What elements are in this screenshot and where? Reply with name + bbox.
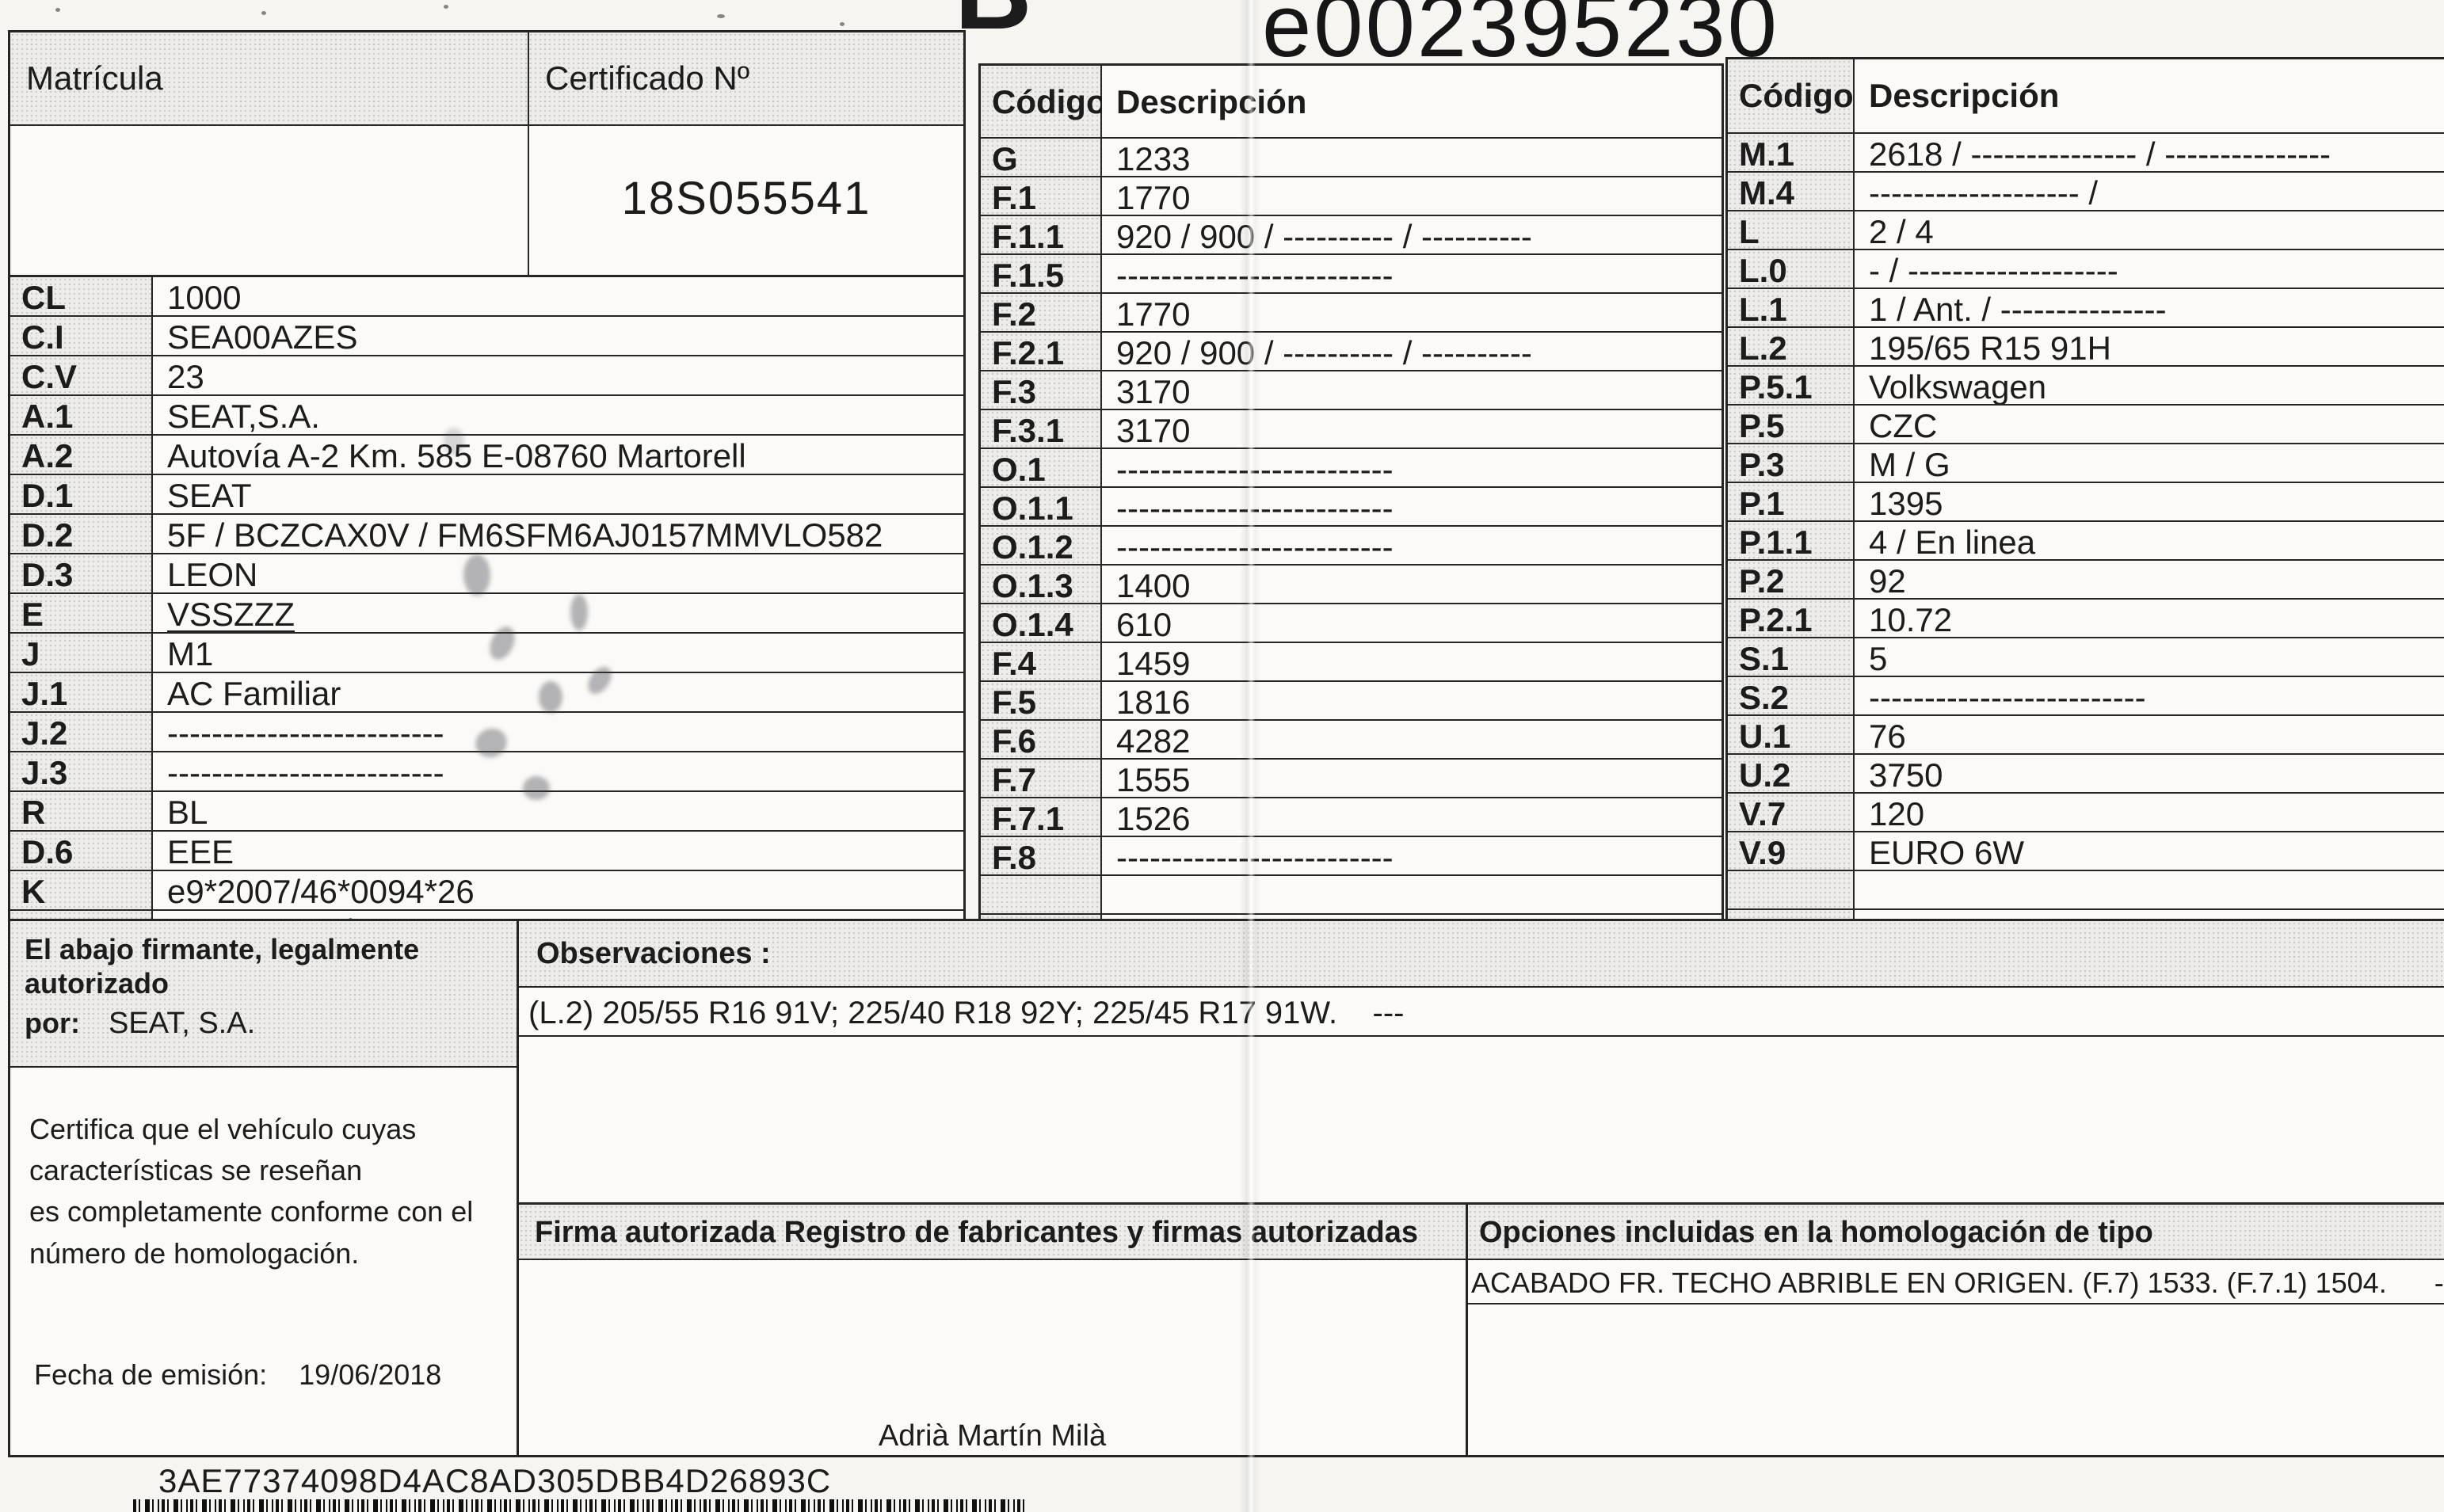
row-value: - / ------------------- bbox=[1855, 250, 2444, 288]
row-value: Autovía A-2 Km. 585 E-08760 Martorell bbox=[153, 436, 963, 474]
table-row: F.4 1459 bbox=[981, 643, 1721, 682]
row-code: A.2 bbox=[10, 436, 153, 474]
row-code: O.1.1 bbox=[981, 488, 1102, 525]
row-code: D.1 bbox=[10, 475, 153, 513]
row-value: 3170 bbox=[1102, 410, 1721, 448]
row-code: F.1 bbox=[981, 177, 1102, 215]
row-code: P.3 bbox=[1728, 444, 1855, 482]
row-value: ------------------------- bbox=[1102, 527, 1721, 564]
row-code: J bbox=[10, 634, 153, 672]
row-code: F.7 bbox=[981, 760, 1102, 797]
signature-header: Firma autorizada Registro de fabricantes… bbox=[519, 1205, 1466, 1260]
table-row: F.1.5 ------------------------- bbox=[981, 255, 1721, 294]
table-row: L.1 1 / Ant. / --------------- bbox=[1728, 289, 2444, 328]
certificado-label: Certificado Nº bbox=[529, 32, 963, 124]
row-value bbox=[1102, 876, 1721, 913]
matricula-value-empty bbox=[10, 126, 529, 275]
row-value: M1 bbox=[153, 634, 963, 672]
table-row: U.2 3750 bbox=[1728, 755, 2444, 794]
row-code: U.1 bbox=[1728, 716, 1855, 753]
table-row: M.1 2618 / --------------- / -----------… bbox=[1728, 134, 2444, 173]
row-code bbox=[981, 876, 1102, 913]
table-row: M.4 ------------------- / bbox=[1728, 173, 2444, 211]
row-value: LEON bbox=[153, 554, 963, 592]
row-value: 920 / 900 / ---------- / ---------- bbox=[1102, 333, 1721, 370]
table-row bbox=[981, 876, 1721, 915]
observations-value: (L.2) 205/55 R16 91V; 225/40 R18 92Y; 22… bbox=[519, 988, 2444, 1037]
row-value: 610 bbox=[1102, 604, 1721, 642]
row-code: J.1 bbox=[10, 673, 153, 711]
declaration-header: El abajo firmante, legalmente autorizado… bbox=[10, 921, 517, 1068]
por-label: por: bbox=[25, 1007, 80, 1039]
table-row: D.6 EEE bbox=[10, 832, 963, 871]
row-code: F.1.5 bbox=[981, 255, 1102, 292]
row-code: E bbox=[10, 594, 153, 632]
table-row: F.1 1770 bbox=[981, 177, 1721, 216]
certificado-number-row: 18S055541 bbox=[10, 126, 963, 277]
table-row: L.0 - / ------------------- bbox=[1728, 250, 2444, 289]
row-code: F.5 bbox=[981, 682, 1102, 719]
row-code: S.2 bbox=[1728, 677, 1855, 714]
right-table-body: M.1 2618 / --------------- / -----------… bbox=[1728, 134, 2444, 947]
table-row: O.1.1 ------------------------- bbox=[981, 488, 1721, 527]
row-code: O.1.4 bbox=[981, 604, 1102, 642]
issue-date-label: Fecha de emisión: bbox=[34, 1358, 267, 1391]
row-value: 195/65 R15 91H bbox=[1855, 328, 2444, 365]
row-code: D.2 bbox=[10, 515, 153, 553]
table-row: F.7 1555 bbox=[981, 760, 1721, 798]
table-row: J M1 bbox=[10, 634, 963, 673]
table-row: F.6 4282 bbox=[981, 721, 1721, 760]
middle-table-header: Código Descripción bbox=[981, 66, 1721, 139]
ink-smudge bbox=[463, 554, 490, 596]
row-code: V.7 bbox=[1728, 794, 1855, 831]
table-row: P.2.1 10.72 bbox=[1728, 600, 2444, 638]
ink-smudge bbox=[539, 681, 562, 713]
row-value: ------------------------- bbox=[1102, 449, 1721, 486]
issue-date-value: 19/06/2018 bbox=[299, 1358, 441, 1391]
table-row: D.2 5F / BCZCAX0V / FM6SFM6AJ0157MMVLO58… bbox=[10, 515, 963, 554]
issue-date-line: Fecha de emisión:19/06/2018 bbox=[34, 1358, 441, 1392]
table-row: S.2 ------------------------- bbox=[1728, 677, 2444, 716]
row-code: L.2 bbox=[1728, 328, 1855, 365]
row-code: R bbox=[10, 792, 153, 830]
options-header: Opciones incluidas en la homologación de… bbox=[1468, 1205, 2444, 1260]
table-row: F.5 1816 bbox=[981, 682, 1721, 721]
row-code: P.5 bbox=[1728, 406, 1855, 443]
row-value: 2 / 4 bbox=[1855, 211, 2444, 249]
barcode-text: 3AE77374098D4AC8AD305DBB4D26893C bbox=[158, 1462, 831, 1500]
row-value: 120 bbox=[1855, 794, 2444, 831]
certifies-paragraph: Certifica que el vehículo cuyas caracter… bbox=[10, 1109, 517, 1274]
certificado-number: 18S055541 bbox=[529, 126, 963, 275]
row-value: 1400 bbox=[1102, 566, 1721, 603]
table-row: V.7 120 bbox=[1728, 794, 2444, 832]
row-value: 23 bbox=[153, 356, 963, 394]
barcode bbox=[133, 1499, 1024, 1512]
row-value: 1816 bbox=[1102, 682, 1721, 719]
row-value: 1770 bbox=[1102, 177, 1721, 215]
row-code: O.1 bbox=[981, 449, 1102, 486]
row-value: BL bbox=[153, 792, 963, 830]
row-code: F.1.1 bbox=[981, 216, 1102, 253]
table-row: U.1 76 bbox=[1728, 716, 2444, 755]
descripcion-header: Descripción bbox=[1102, 66, 1721, 137]
table-row: J.3 ------------------------- bbox=[10, 752, 963, 792]
table-row: G 1233 bbox=[981, 139, 1721, 177]
ink-smudge bbox=[570, 594, 588, 630]
row-code: F.2.1 bbox=[981, 333, 1102, 370]
table-row: L.2 195/65 R15 91H bbox=[1728, 328, 2444, 367]
table-row: F.3.1 3170 bbox=[981, 410, 1721, 449]
row-code: P.1.1 bbox=[1728, 522, 1855, 559]
table-row: V.9 EURO 6W bbox=[1728, 832, 2444, 871]
left-spec-table: Matrícula Certificado Nº 18S055541 CL 10… bbox=[8, 30, 966, 951]
ink-smudge bbox=[523, 776, 550, 800]
row-value: SEAT bbox=[153, 475, 963, 513]
table-row: P.1 1395 bbox=[1728, 483, 2444, 522]
middle-spec-table: Código Descripción G 1233 F.1 1770 F.1.1… bbox=[978, 63, 1724, 954]
codigo-header: Código bbox=[981, 66, 1102, 137]
row-code: C.I bbox=[10, 317, 153, 355]
row-code: J.2 bbox=[10, 713, 153, 751]
scan-speck bbox=[840, 22, 845, 26]
row-value: 1 / Ant. / --------------- bbox=[1855, 289, 2444, 326]
scan-speck bbox=[717, 14, 725, 18]
observations-block: Observaciones : (L.2) 205/55 R16 91V; 22… bbox=[519, 919, 2444, 1457]
row-value: ------------------------- bbox=[1102, 837, 1721, 874]
scan-speck bbox=[55, 8, 60, 12]
row-value: CZC bbox=[1855, 406, 2444, 443]
row-code: L.1 bbox=[1728, 289, 1855, 326]
row-value: EURO 6W bbox=[1855, 832, 2444, 870]
row-code: J.3 bbox=[10, 752, 153, 790]
table-row: F.3 3170 bbox=[981, 371, 1721, 410]
row-code: V.9 bbox=[1728, 832, 1855, 870]
row-value: SEA00AZES bbox=[153, 317, 963, 355]
codigo-header: Código bbox=[1728, 59, 1855, 132]
row-value: 3170 bbox=[1102, 371, 1721, 409]
signature-box: Firma autorizada Registro de fabricantes… bbox=[519, 1202, 1466, 1455]
table-row: A.2 Autovía A-2 Km. 585 E-08760 Martorel… bbox=[10, 436, 963, 475]
row-value: 1555 bbox=[1102, 760, 1721, 797]
row-value: 5F / BCZCAX0V / FM6SFM6AJ0157MMVLO582 bbox=[153, 515, 963, 553]
row-code: F.6 bbox=[981, 721, 1102, 758]
descripcion-header: Descripción bbox=[1855, 59, 2444, 132]
declaration-por-line: por:SEAT, S.A. bbox=[25, 1007, 504, 1041]
row-code: L.0 bbox=[1728, 250, 1855, 288]
table-row: P.5.1 Volkswagen bbox=[1728, 367, 2444, 406]
row-code: P.5.1 bbox=[1728, 367, 1855, 404]
middle-table-body: G 1233 F.1 1770 F.1.1 920 / 900 / ------… bbox=[981, 139, 1721, 952]
row-code: O.1.2 bbox=[981, 527, 1102, 564]
declaration-block: El abajo firmante, legalmente autorizado… bbox=[8, 919, 519, 1457]
table-row: P.3 M / G bbox=[1728, 444, 2444, 483]
table-row: K e9*2007/46*0094*26 bbox=[10, 871, 963, 911]
row-code: L bbox=[1728, 211, 1855, 249]
company-name: SEAT, S.A. bbox=[109, 1007, 255, 1040]
table-row: O.1.3 1400 bbox=[981, 566, 1721, 604]
observations-label: Observaciones : bbox=[519, 921, 2444, 988]
table-row: P.5 CZC bbox=[1728, 406, 2444, 444]
right-table-header: Código Descripción bbox=[1728, 59, 2444, 134]
row-value: M / G bbox=[1855, 444, 2444, 482]
table-row: J.1 AC Familiar bbox=[10, 673, 963, 713]
scan-speck bbox=[444, 5, 448, 9]
row-code: M.4 bbox=[1728, 173, 1855, 210]
row-value: EEE bbox=[153, 832, 963, 870]
row-value: ------------------------- bbox=[1102, 488, 1721, 525]
table-row: O.1.2 ------------------------- bbox=[981, 527, 1721, 566]
row-code: P.2.1 bbox=[1728, 600, 1855, 637]
table-row: O.1 ------------------------- bbox=[981, 449, 1721, 488]
row-code: P.1 bbox=[1728, 483, 1855, 520]
row-code: C.V bbox=[10, 356, 153, 394]
table-row: C.V 23 bbox=[10, 356, 963, 396]
table-row: F.2.1 920 / 900 / ---------- / ---------… bbox=[981, 333, 1721, 371]
row-value: ------------------------- bbox=[153, 713, 963, 751]
row-value: 3750 bbox=[1855, 755, 2444, 792]
row-code bbox=[1728, 871, 1855, 908]
table-row bbox=[1728, 871, 2444, 910]
row-value: Volkswagen bbox=[1855, 367, 2444, 404]
row-code: D.6 bbox=[10, 832, 153, 870]
row-code: F.4 bbox=[981, 643, 1102, 680]
scan-speck bbox=[261, 11, 266, 15]
table-row: P.2 92 bbox=[1728, 561, 2444, 600]
row-value: SEAT,S.A. bbox=[153, 396, 963, 434]
declaration-line1: El abajo firmante, legalmente autorizado bbox=[25, 932, 504, 1000]
row-value: 4282 bbox=[1102, 721, 1721, 758]
row-code: O.1.3 bbox=[981, 566, 1102, 603]
left-table-body: CL 1000 C.I SEA00AZES C.V 23 A.1 SEAT,S.… bbox=[10, 277, 963, 949]
options-value: ACABADO FR. TECHO ABRIBLE EN ORIGEN. (F.… bbox=[1468, 1260, 2444, 1304]
row-code: P.2 bbox=[1728, 561, 1855, 598]
row-value: 1395 bbox=[1855, 483, 2444, 520]
row-value: 2618 / --------------- / --------------- bbox=[1855, 134, 2444, 171]
row-code: G bbox=[981, 139, 1102, 176]
table-row: F.1.1 920 / 900 / ---------- / ---------… bbox=[981, 216, 1721, 255]
table-row: P.1.1 4 / En linea bbox=[1728, 522, 2444, 561]
row-value: ------------------------- bbox=[153, 752, 963, 790]
row-code: S.1 bbox=[1728, 638, 1855, 676]
table-row: L 2 / 4 bbox=[1728, 211, 2444, 250]
row-value: 920 / 900 / ---------- / ---------- bbox=[1102, 216, 1721, 253]
row-value: 1770 bbox=[1102, 294, 1721, 331]
row-value: VSSZZZ bbox=[153, 594, 963, 632]
table-row: D.1 SEAT bbox=[10, 475, 963, 515]
row-code: U.2 bbox=[1728, 755, 1855, 792]
row-code: K bbox=[10, 871, 153, 909]
row-value: ------------------------- bbox=[1855, 677, 2444, 714]
row-value: 4 / En linea bbox=[1855, 522, 2444, 559]
signer-name: Adrià Martín Milà bbox=[519, 1419, 1466, 1453]
row-value: 76 bbox=[1855, 716, 2444, 753]
options-box: Opciones incluidas en la homologación de… bbox=[1466, 1202, 2444, 1455]
row-code: F.8 bbox=[981, 837, 1102, 874]
row-code: CL bbox=[10, 277, 153, 315]
row-code: A.1 bbox=[10, 396, 153, 434]
row-value: 1233 bbox=[1102, 139, 1721, 176]
ink-smudge bbox=[444, 428, 464, 455]
row-value bbox=[1855, 871, 2444, 908]
left-table-header: Matrícula Certificado Nº bbox=[10, 32, 963, 126]
row-code: F.7.1 bbox=[981, 798, 1102, 836]
table-row: CL 1000 bbox=[10, 277, 963, 317]
row-code: F.3 bbox=[981, 371, 1102, 409]
row-value: ------------------- / bbox=[1855, 173, 2444, 210]
row-value: ------------------------- bbox=[1102, 255, 1721, 292]
table-row: F.8 ------------------------- bbox=[981, 837, 1721, 876]
row-value: 5 bbox=[1855, 638, 2444, 676]
table-row: A.1 SEAT,S.A. bbox=[10, 396, 963, 436]
row-value: 1000 bbox=[153, 277, 963, 315]
row-value: 1526 bbox=[1102, 798, 1721, 836]
table-row: E VSSZZZ bbox=[10, 594, 963, 634]
row-value: e9*2007/46*0094*26 bbox=[153, 871, 963, 909]
row-code: F.2 bbox=[981, 294, 1102, 331]
row-code: D.3 bbox=[10, 554, 153, 592]
row-code: F.3.1 bbox=[981, 410, 1102, 448]
table-row: F.7.1 1526 bbox=[981, 798, 1721, 837]
table-row: F.2 1770 bbox=[981, 294, 1721, 333]
table-row: S.1 5 bbox=[1728, 638, 2444, 677]
right-spec-table: Código Descripción M.1 2618 / ----------… bbox=[1725, 57, 2444, 950]
table-row: R BL bbox=[10, 792, 963, 832]
row-value: 1459 bbox=[1102, 643, 1721, 680]
row-value: 10.72 bbox=[1855, 600, 2444, 637]
row-code: M.1 bbox=[1728, 134, 1855, 171]
row-value: 92 bbox=[1855, 561, 2444, 598]
table-row: O.1.4 610 bbox=[981, 604, 1721, 643]
stamp-letter-b: B bbox=[955, 0, 1034, 53]
certificate-document: B e002395230 Matrícula Certificado Nº 18… bbox=[0, 0, 2444, 1512]
matricula-label: Matrícula bbox=[10, 32, 529, 124]
table-row: C.I SEA00AZES bbox=[10, 317, 963, 356]
